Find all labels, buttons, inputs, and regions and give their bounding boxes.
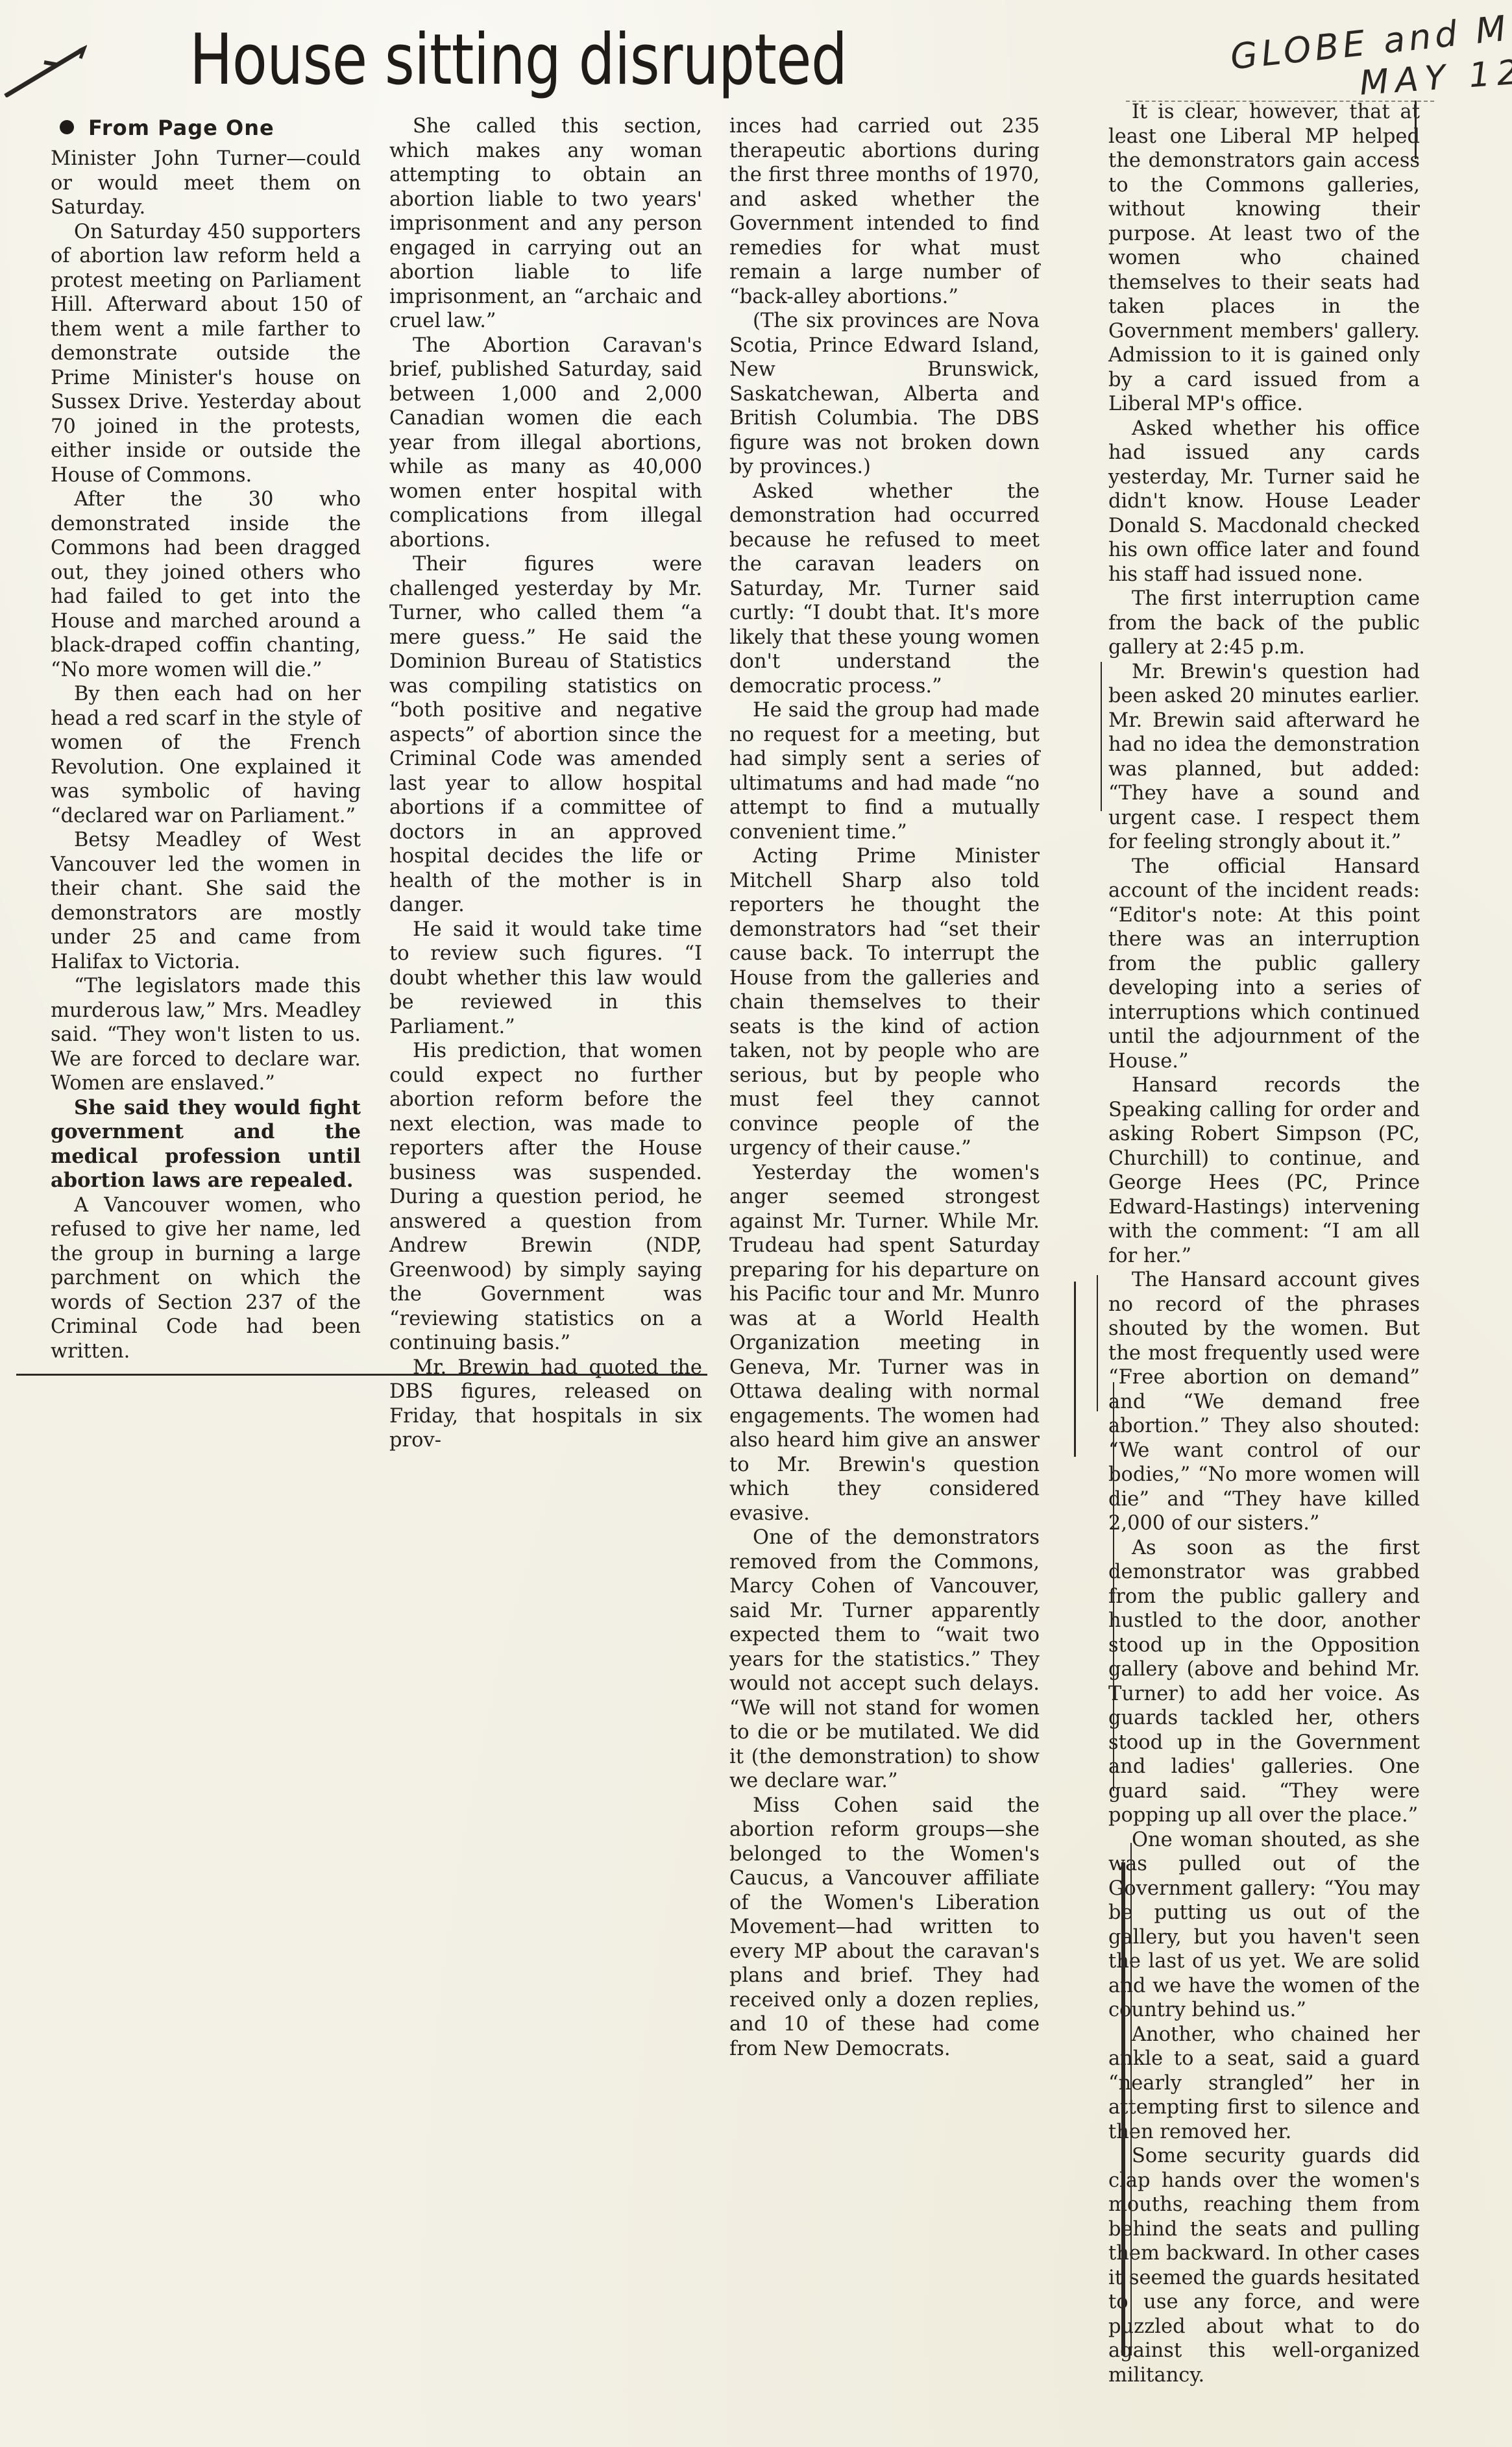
kicker-text: From Page One [88,116,274,140]
paragraph: After the 30 who demonstrated inside the… [51,487,361,682]
column-4-right-border [1415,101,1417,159]
paragraph: Asked whether his office had issued any … [1108,417,1420,587]
paragraph: By then each had on her head a red scarf… [51,682,361,828]
paragraph: Miss Cohen said the abortion reform grou… [729,1794,1040,2062]
paragraph: Hansard records the Speaking calling for… [1108,1073,1420,1268]
paragraph: (The six provinces are Nova Scotia, Prin… [729,309,1040,480]
paragraph: It is clear, however, that at least one … [1108,100,1420,417]
article-column-2: She called this section, which makes any… [389,114,702,1453]
paragraph: inces had carried out 235 therapeutic ab… [729,114,1040,309]
paragraph: A Vancouver women, who refused to give h… [51,1193,361,1364]
paragraph: Mr. Brewin had quoted the DBS figures, r… [389,1356,702,1453]
paragraph: Some security guards did clap hands over… [1108,2144,1420,2387]
kicker: From Page One [60,116,274,140]
paragraph: She called this section, which makes any… [389,114,702,334]
paragraph: Yesterday the women's anger seemed stron… [729,1161,1040,1526]
article-column-1: Minister John Turner—could or would meet… [51,147,361,1363]
paragraph: The Hansard account gives no record of t… [1108,1268,1420,1536]
paragraph: The first interruption came from the bac… [1108,587,1420,660]
paragraph: Minister John Turner—could or would meet… [51,147,361,220]
paragraph: Their figures were challenged yesterday … [389,552,702,918]
paragraph: The official Hansard account of the inci… [1108,855,1420,1074]
paragraph: The Abortion Caravan's brief, published … [389,334,702,553]
margin-line [1130,1843,1132,2356]
paragraph: He said the group had made no request fo… [729,698,1040,844]
paragraph: Acting Prime Minister Mitchell Sharp als… [729,844,1040,1161]
margin-line [1101,662,1102,811]
paragraph: Asked whether the demonstration had occu… [729,480,1040,699]
article-column-3: inces had carried out 235 therapeutic ab… [729,114,1040,2061]
margin-line [1097,1275,1098,1411]
paragraph: One of the demonstrators removed from th… [729,1526,1040,1794]
margin-line [1121,1862,1125,2356]
margin-slash-mark-icon [3,32,87,97]
paragraph: She said they would fight government and… [51,1096,361,1193]
paragraph: Another, who chained her ankle to a seat… [1108,2023,1420,2145]
paragraph: Mr. Brewin's question had been asked 20 … [1108,660,1420,855]
paragraph: He said it would take time to review suc… [389,918,702,1040]
bottom-rule-columns-1-2 [16,1374,707,1376]
paragraph: One woman shouted, as she was pulled out… [1108,1828,1420,2023]
margin-line [1074,1282,1076,1457]
paragraph: “The legislators made this murderous law… [51,974,361,1096]
paragraph: Betsy Meadley of West Vancouver led the … [51,828,361,974]
article-column-4: It is clear, however, that at least one … [1108,100,1420,2387]
column-4-top-border [1126,101,1434,103]
margin-line [1113,1382,1114,1791]
headline: House sitting disrupted [189,19,847,101]
paragraph: As soon as the first demonstrator was gr… [1108,1536,1420,1828]
paragraph: His prediction, that women could expect … [389,1039,702,1356]
paragraph: On Saturday 450 supporters of abortion l… [51,220,361,488]
bullet-icon [60,120,74,134]
